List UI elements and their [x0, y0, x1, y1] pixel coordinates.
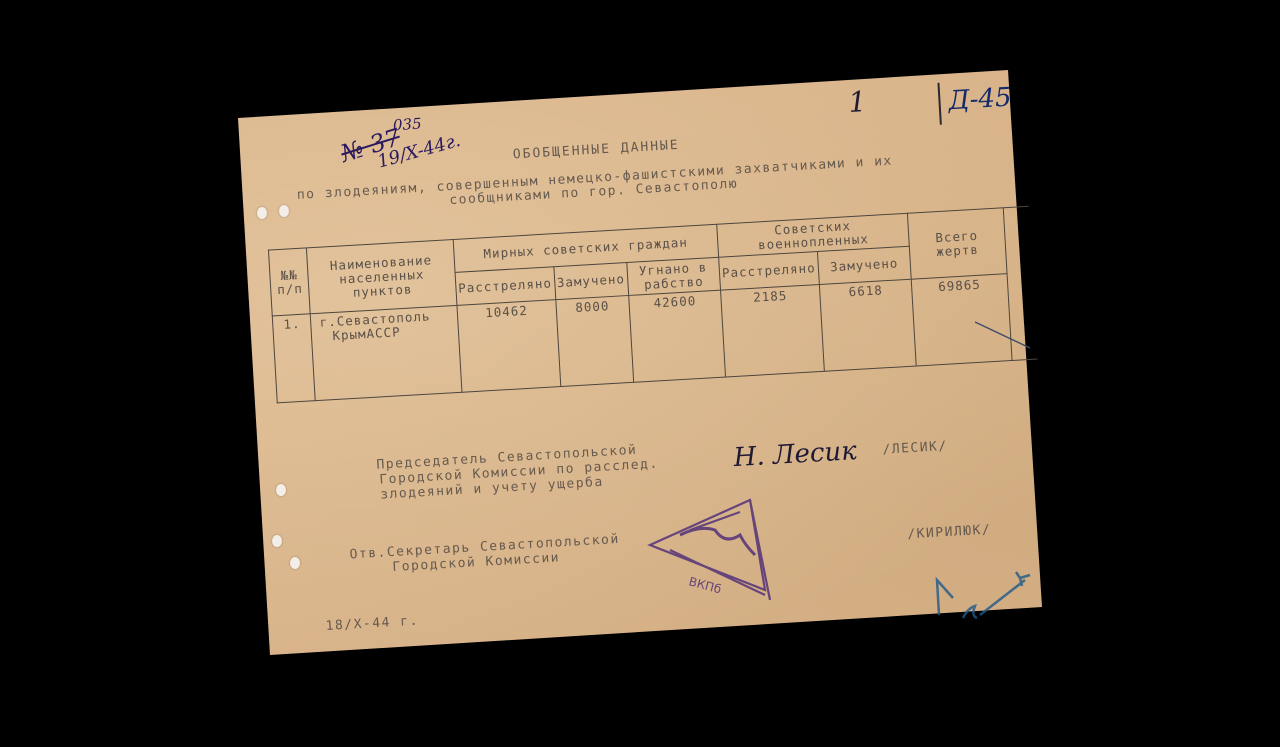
svg-text:ВКПб: ВКПб [687, 574, 723, 596]
col-header-civ-deported: Угнано в рабство [627, 257, 721, 295]
divider-mark [937, 83, 941, 125]
pen-stroke-icon [975, 318, 1035, 353]
chair-signature: Н. Лесик [733, 436, 858, 473]
cell-place: г.Севастополь КрымАССР [311, 305, 462, 400]
cell-num: 1. [272, 314, 315, 403]
col-header-num: №№ п/п [268, 248, 310, 316]
cell-pow-shot: 2185 [720, 284, 824, 377]
punch-hole [272, 535, 282, 547]
triangle-stamp-icon: ВКПб [640, 490, 780, 610]
col-header-pow-tortured: Замучено [817, 246, 911, 284]
blue-ink-mark-icon [925, 560, 1045, 620]
chair-name: /ЛЕСИК/ [882, 439, 948, 458]
cell-civ-tortured: 8000 [555, 295, 633, 386]
casualties-table: №№ п/п Наименование населенных пунктов М… [268, 206, 1038, 404]
archive-number-new: 035 [392, 115, 422, 135]
cell-civ-shot: 10462 [457, 300, 561, 393]
col-header-place: Наименование населенных пунктов [307, 239, 457, 313]
col-header-total: Всего жертв [908, 208, 1007, 279]
file-code: Д-45 [948, 83, 1013, 117]
page-number: 1 [847, 85, 867, 119]
cell-civ-deported: 42600 [628, 290, 725, 382]
col-header-civ-tortured: Замучено [553, 263, 628, 300]
cell-pow-tortured: 6618 [819, 279, 916, 371]
secretary-name: /КИРИЛЮК/ [907, 522, 992, 542]
document-title: ОБОБЩЕННЫЕ ДАННЫЕ [512, 138, 680, 163]
